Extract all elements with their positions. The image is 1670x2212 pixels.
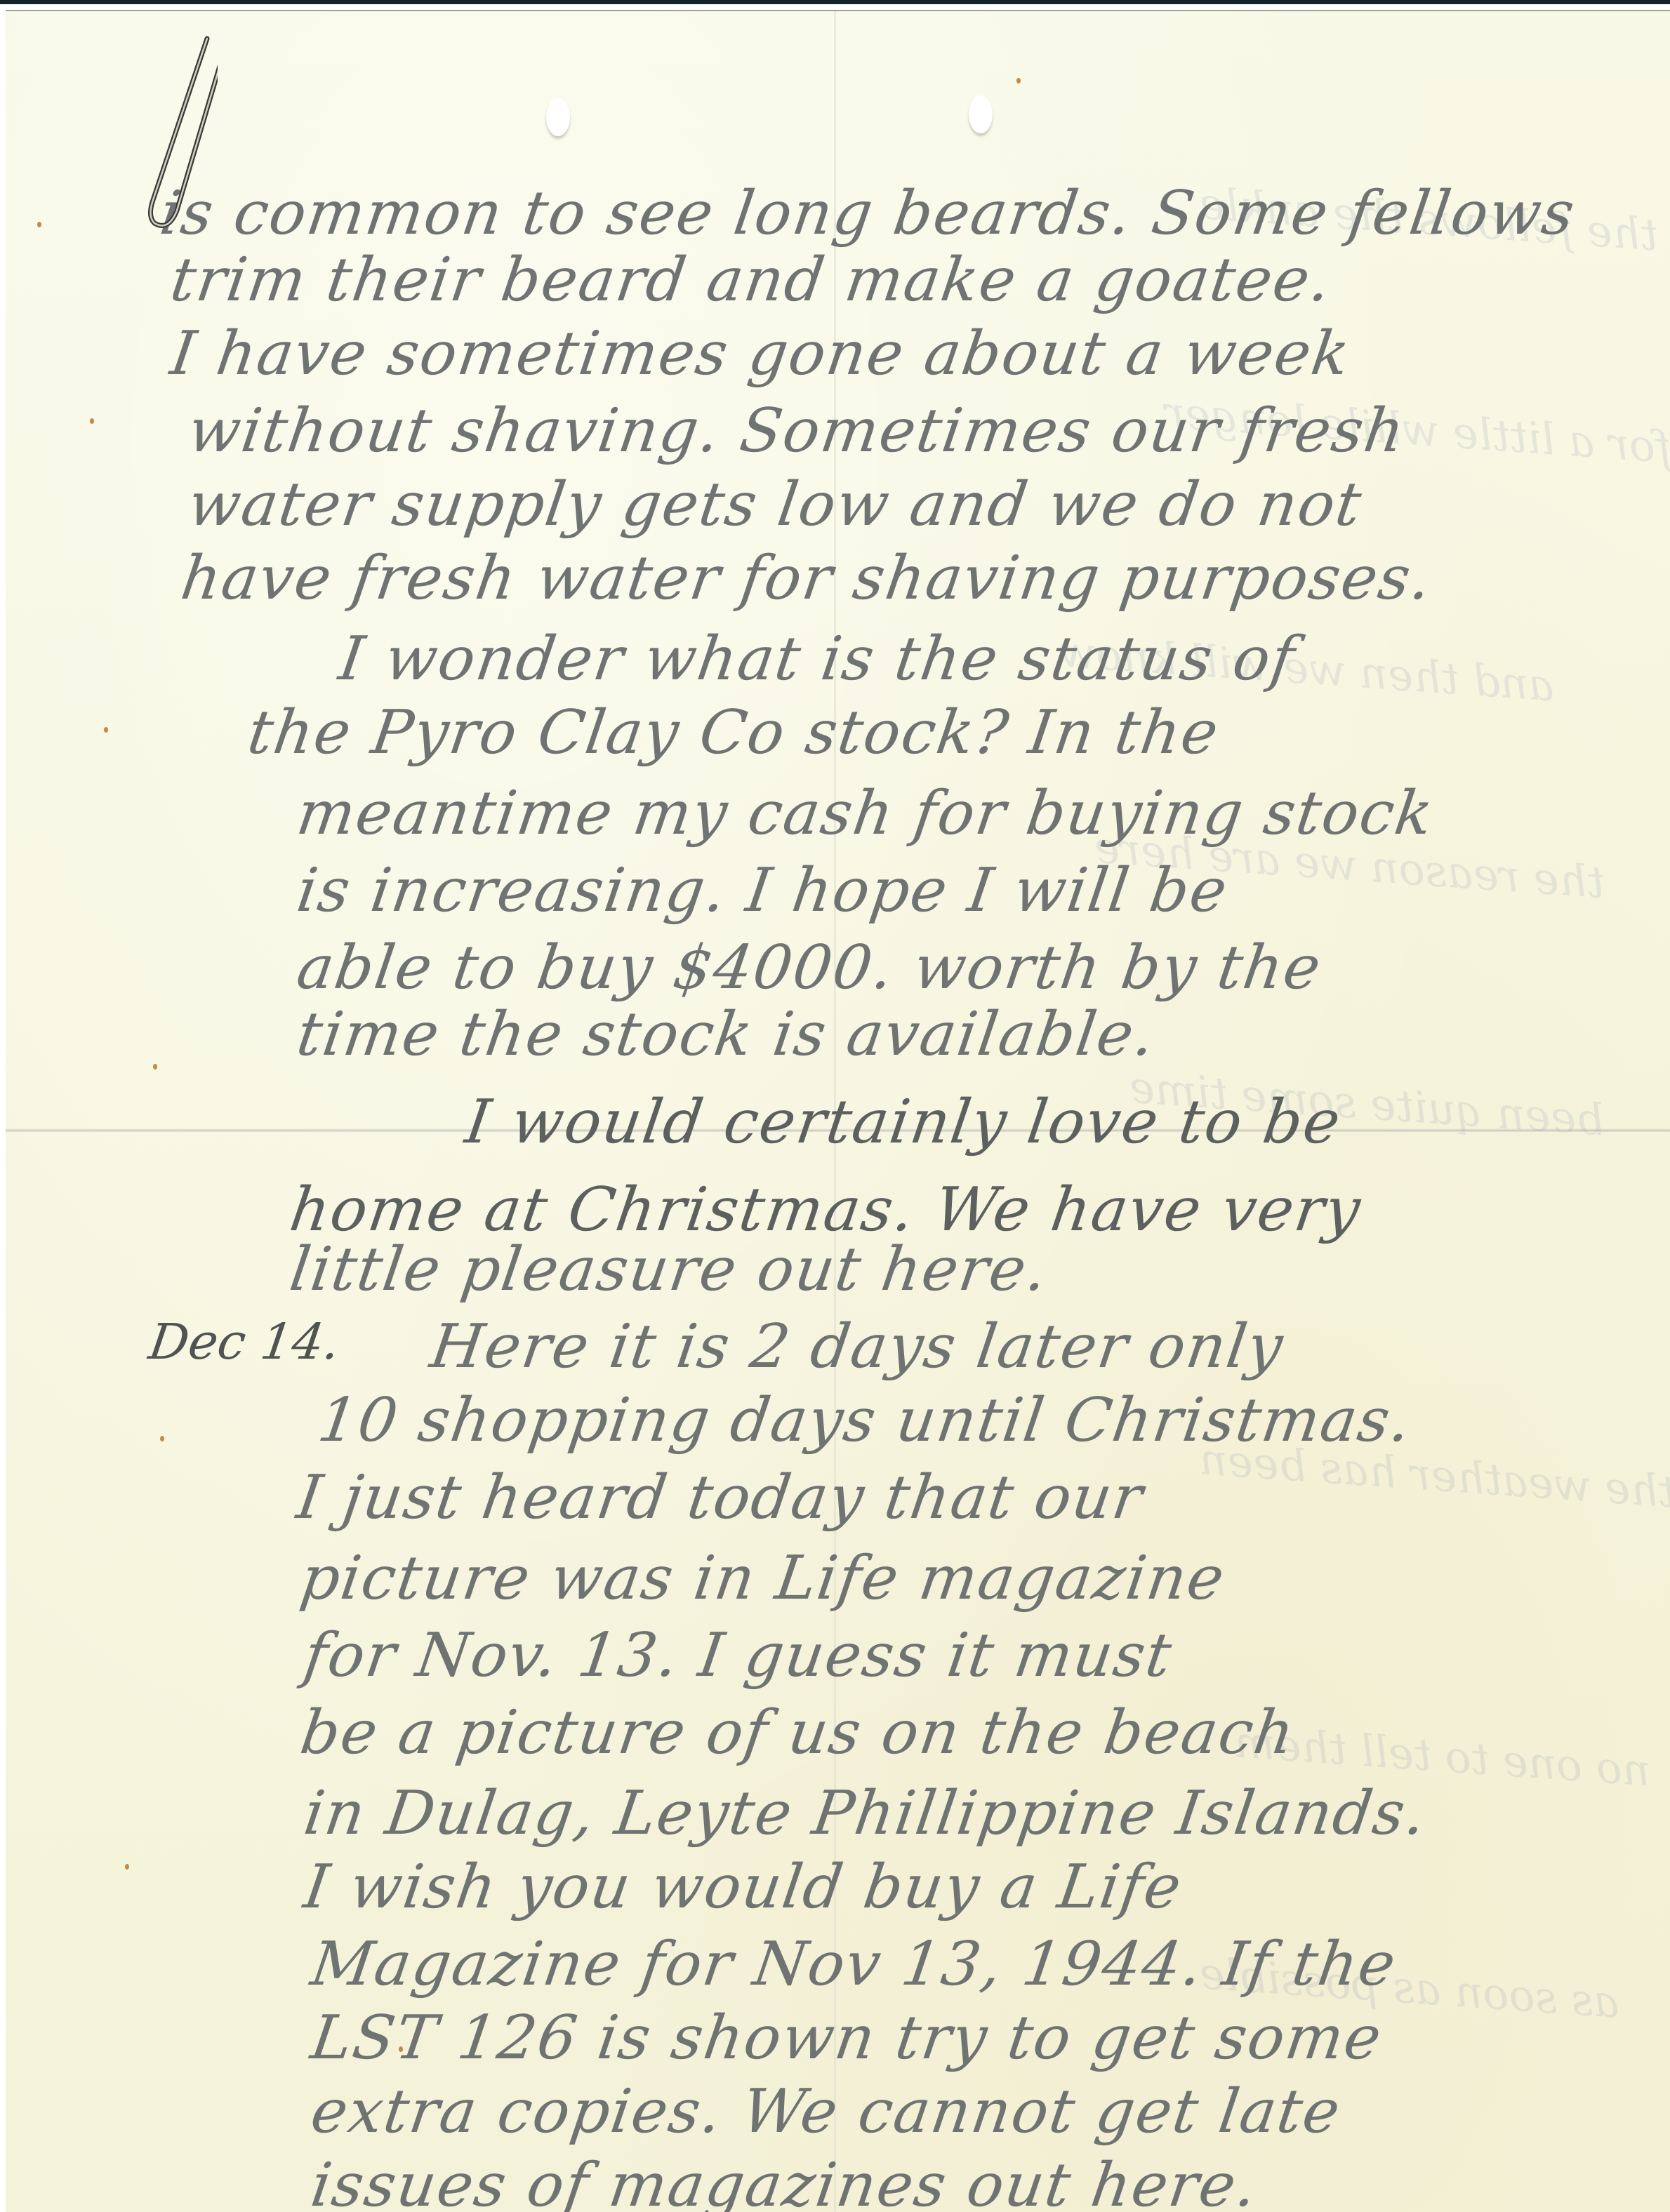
- paper-speck: [37, 222, 41, 227]
- letter-line: I wonder what is the status of: [336, 629, 1299, 689]
- letter-line: for Nov. 13. I guess it must: [300, 1625, 1177, 1686]
- letter-line: meantime my cash for buying stock: [293, 783, 1438, 844]
- letter-paper: the fellows the ankle for a little while…: [6, 10, 1670, 2212]
- letter-line: time the stock is available.: [293, 1004, 1159, 1065]
- letter-line: have fresh water for shaving purposes.: [178, 548, 1436, 608]
- letter-line: LST 126 is shown try to get some: [307, 2008, 1386, 2068]
- letter-line: in Dulag, Leyte Phillippine Islands.: [300, 1783, 1431, 1844]
- letter-line: home at Christmas. We have very: [286, 1180, 1365, 1240]
- letter-line: the Pyro Clay Co stock? In the: [244, 702, 1223, 763]
- paper-speck: [90, 418, 94, 424]
- letter-line: Magazine for Nov 13, 1944. If the: [307, 1934, 1400, 1994]
- scanner-edge: [0, 0, 1670, 4]
- letter-line: little pleasure out here.: [286, 1239, 1052, 1300]
- margin-date: Dec 14.: [145, 1313, 343, 1371]
- letter-line: Here it is 2 days later only: [427, 1317, 1287, 1377]
- paperclip-icon: [77, 0, 218, 232]
- letter-line: is common to see long beards. Some fello…: [157, 183, 1579, 244]
- letter-line: picture was in Life magazine: [297, 1548, 1229, 1608]
- letter-line: 10 shopping days until Christmas.: [314, 1390, 1415, 1451]
- scanned-letter-page: the fellows the ankle for a little while…: [0, 0, 1670, 2212]
- letter-line: extra copies. We cannot get late: [307, 2081, 1345, 2142]
- paper-speck: [125, 1864, 129, 1870]
- punch-hole: [969, 95, 993, 133]
- letter-line: I just heard today that our: [293, 1467, 1148, 1528]
- letter-line: trim their beard and make a goatee.: [167, 250, 1335, 310]
- paper-speck: [160, 1436, 164, 1441]
- paper-speck: [104, 727, 108, 733]
- letter-line: without shaving. Sometimes our fresh: [185, 401, 1409, 461]
- letter-line: be a picture of us on the beach: [297, 1703, 1299, 1763]
- letter-line: issues of magazines out here.: [307, 2155, 1261, 2212]
- letter-line: is increasing. I hope I will be: [293, 860, 1232, 921]
- punch-hole: [546, 98, 570, 136]
- letter-line: able to buy $4000. worth by the: [293, 938, 1325, 998]
- letter-line: I have sometimes gone about a week: [167, 324, 1354, 384]
- letter-line: water supply gets low and we do not: [185, 474, 1366, 535]
- letter-line: I would certainly love to be: [462, 1092, 1345, 1152]
- paper-speck: [1016, 78, 1021, 84]
- paper-speck: [153, 1064, 157, 1070]
- letter-line: I wish you would buy a Life: [300, 1857, 1186, 1917]
